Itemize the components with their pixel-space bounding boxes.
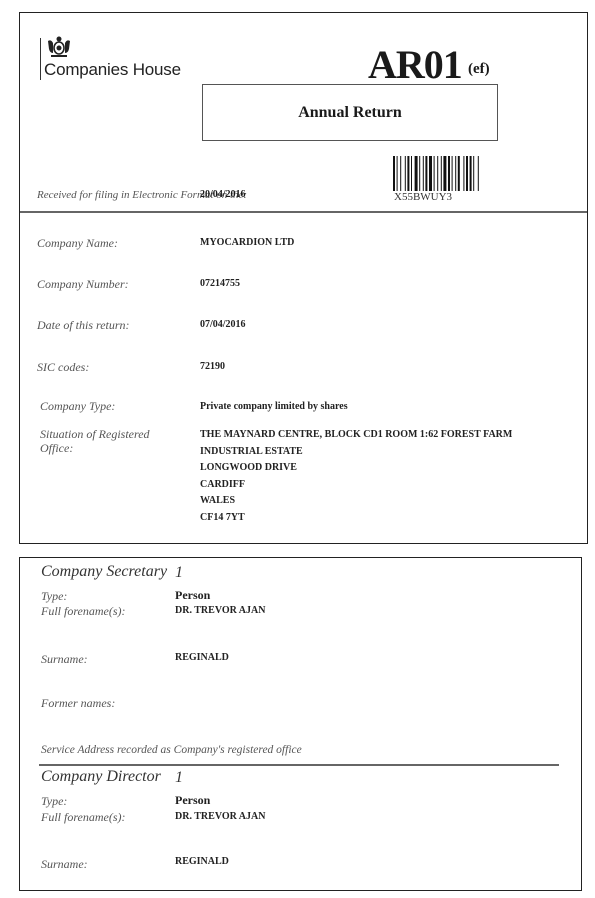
director-forename-value: DR. TREVOR AJAN: [175, 811, 265, 822]
secretary-type-value: Person: [175, 588, 210, 603]
director-surname-label: Surname:: [41, 857, 88, 872]
company-type-label: Company Type:: [40, 399, 115, 414]
address-line: THE MAYNARD CENTRE, BLOCK CD1 ROOM 1:62 …: [200, 427, 512, 444]
section-divider: [20, 211, 587, 213]
director-type-label: Type:: [41, 794, 67, 809]
barcode-icon: [393, 156, 563, 191]
return-date-label: Date of this return:: [37, 318, 130, 333]
annual-return-header-panel: Companies House AR01 (ef) Annual Return …: [19, 12, 588, 544]
company-number-label: Company Number:: [37, 277, 129, 292]
director-number: 1: [175, 769, 183, 787]
organisation-name: Companies House: [44, 60, 181, 80]
form-suffix: (ef): [468, 61, 490, 78]
section-divider: [39, 764, 559, 766]
secretary-number: 1: [175, 564, 183, 582]
secretary-surname-value: REGINALD: [175, 652, 229, 663]
received-date: 20/04/2016: [200, 189, 246, 200]
director-forename-label: Full forename(s):: [41, 810, 126, 825]
company-type-value: Private company limited by shares: [200, 401, 348, 412]
address-line: INDUSTRIAL ESTATE: [200, 444, 512, 461]
company-name-value: MYOCARDION LTD: [200, 237, 294, 248]
director-type-value: Person: [175, 793, 210, 808]
secretary-surname-label: Surname:: [41, 652, 88, 667]
secretary-heading: Company Secretary: [41, 563, 167, 581]
royal-coat-of-arms-icon: [46, 35, 72, 59]
address-line: CARDIFF: [200, 477, 512, 494]
company-name-label: Company Name:: [37, 236, 118, 251]
director-surname-value: REGINALD: [175, 856, 229, 867]
officers-panel: Company Secretary 1 Type: Person Full fo…: [19, 557, 582, 891]
form-title: Annual Return: [298, 104, 402, 122]
sic-codes-label: SIC codes:: [37, 360, 89, 375]
sic-codes-value: 72190: [200, 361, 225, 372]
director-heading: Company Director: [41, 768, 161, 786]
registered-office-address: THE MAYNARD CENTRE, BLOCK CD1 ROOM 1:62 …: [200, 427, 512, 526]
return-date-value: 07/04/2016: [200, 319, 246, 330]
secretary-type-label: Type:: [41, 589, 67, 604]
service-address-note: Service Address recorded as Company's re…: [41, 744, 302, 756]
registered-office-label: Situation of Registered Office:: [40, 427, 180, 455]
secretary-forename-label: Full forename(s):: [41, 604, 126, 619]
address-line: LONGWOOD DRIVE: [200, 460, 512, 477]
address-line: CF14 7YT: [200, 510, 512, 527]
barcode-id: X55BWUY3: [394, 191, 452, 203]
form-code: AR01: [368, 41, 462, 88]
former-names-label: Former names:: [41, 696, 115, 711]
secretary-forename-value: DR. TREVOR AJAN: [175, 605, 265, 616]
address-line: WALES: [200, 493, 512, 510]
form-title-box: Annual Return: [202, 84, 498, 141]
company-number-value: 07214755: [200, 278, 240, 289]
logo-divider: [40, 38, 41, 80]
